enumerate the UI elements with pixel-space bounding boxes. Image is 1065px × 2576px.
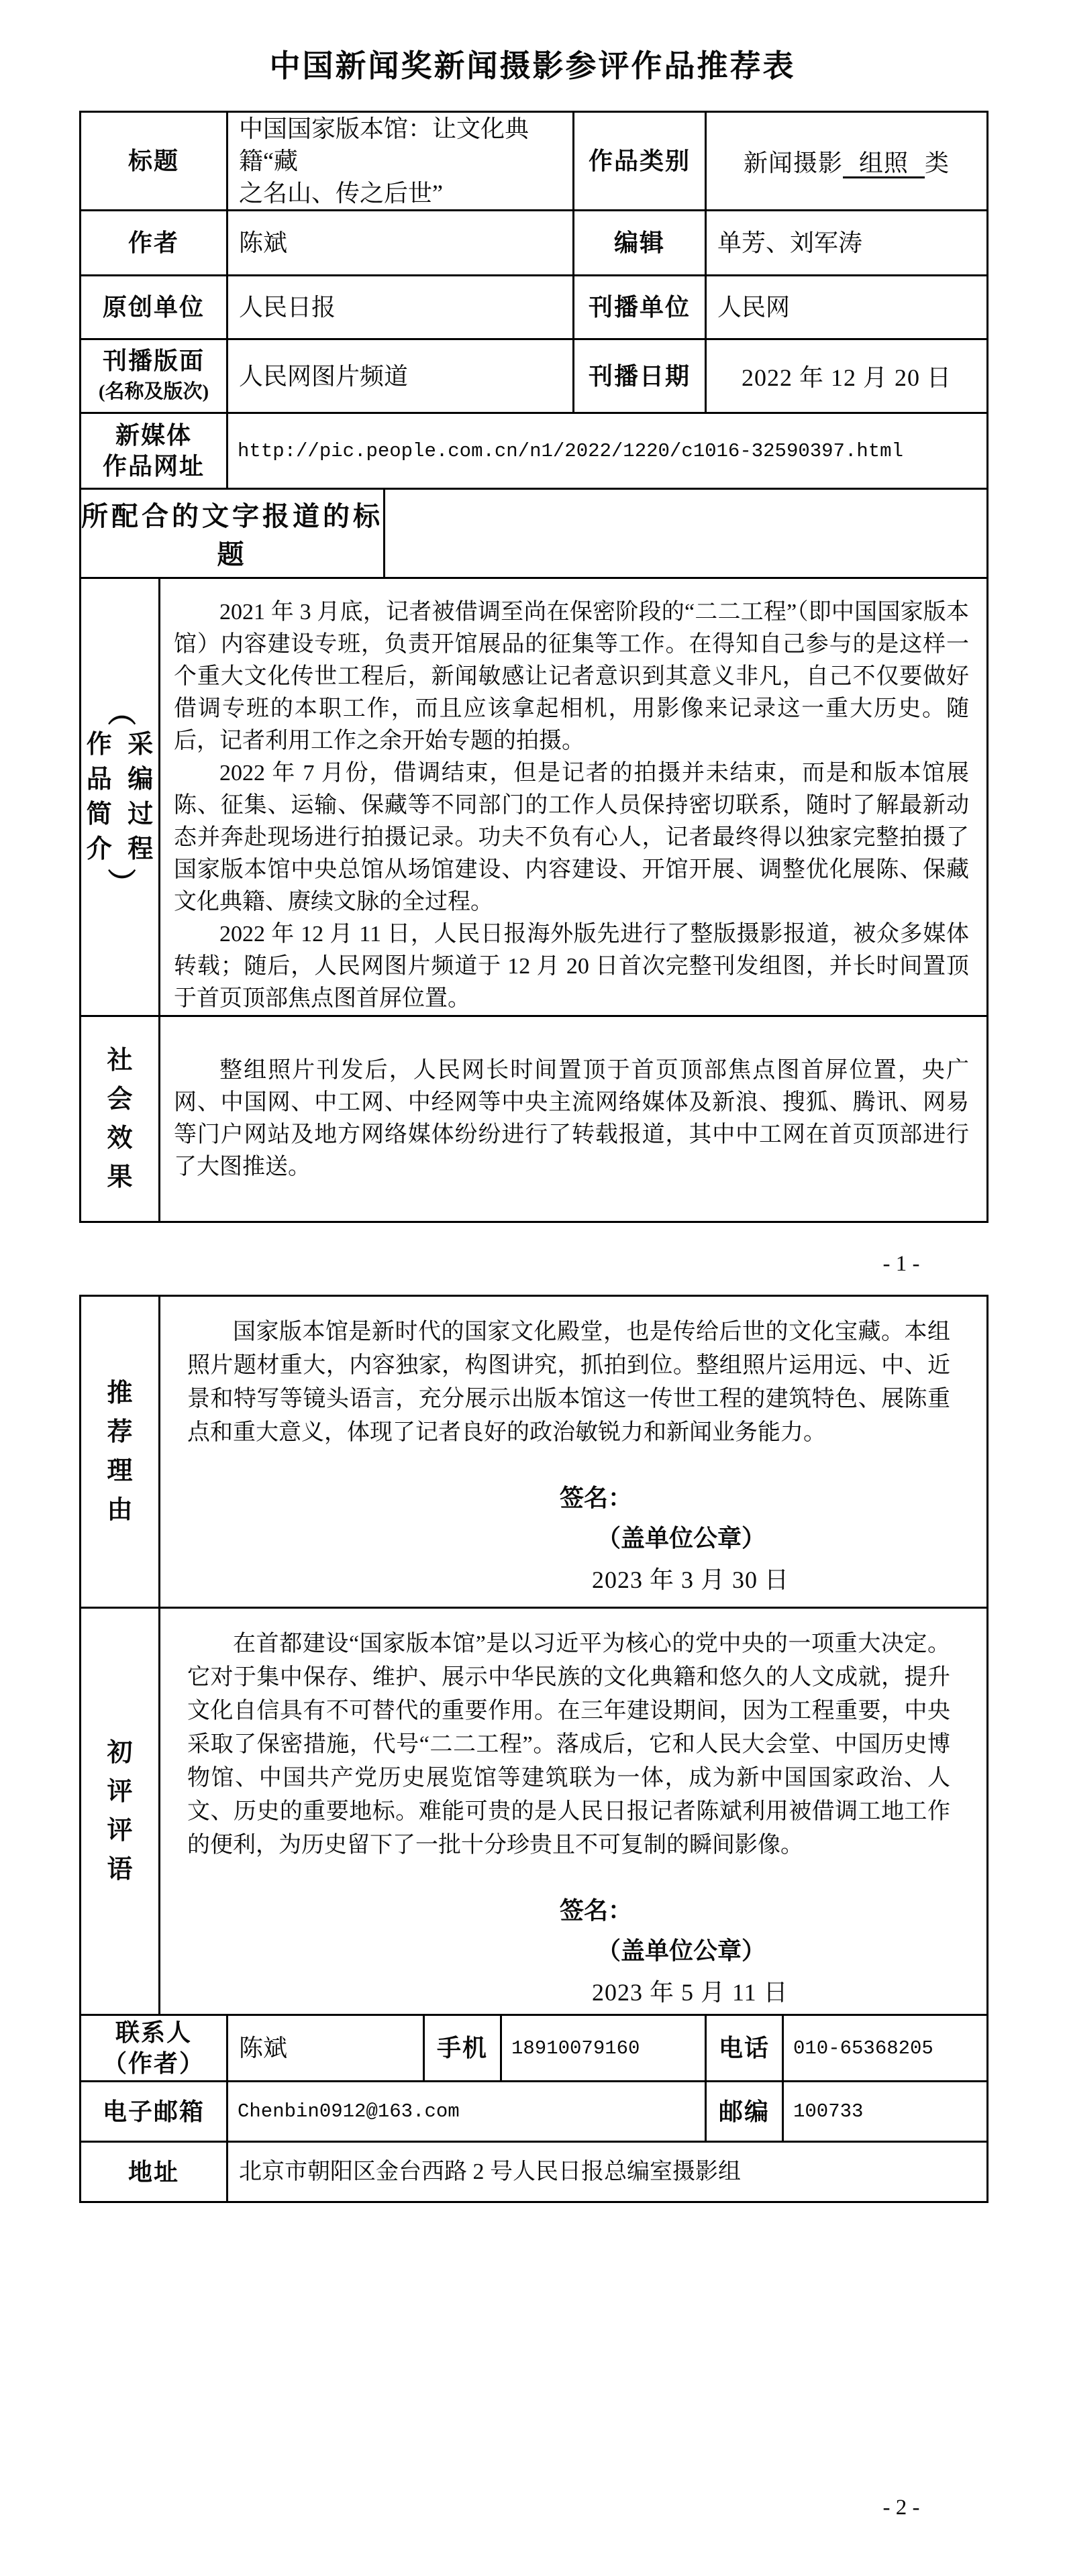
work-intro-label: （ 作品简介 采编过程 ） [81,578,160,1016]
new-media-url-value: http://pic.people.com.cn/n1/2022/1220/c1… [227,413,988,489]
publish-page-value: 人民网图片频道 [227,339,574,413]
entry-info-table: 标题 中国国家版本馆：让文化典籍“藏 之名山、传之后世” 作品类别 新闻摄影组照… [79,111,988,1223]
social-effect-paragraph: 整组照片刊发后，人民网长时间置顶于首页顶部焦点图首屏位置，央广网、中国网、中工网… [160,1055,986,1183]
author-label: 作者 [81,211,227,276]
mobile-value: 18910079160 [501,2015,706,2082]
postcode-value: 100733 [783,2082,988,2142]
work-intro-paragraph: 2022 年 12 月 11 日，人民日报海外版先进行了整版摄影报道，被众多媒体… [160,918,986,1015]
contact-name-value: 陈斌 [227,2015,424,2082]
editor-value: 单芳、刘军涛 [706,211,988,276]
related-report-title-value [385,489,988,578]
table-row: 电子邮箱 Chenbin0912@163.com 邮编 100733 [81,2082,988,2142]
telephone-value: 010-65368205 [783,2015,988,2082]
initial-review-label-text: 初评评语 [106,1733,134,1889]
recommend-reason-text: 国家版本馆是新时代的国家文化殿堂，也是传给后世的文化宝藏。本组照片题材重大，内容… [160,1296,988,1608]
address-value: 北京市朝阳区金台西路 2 号人民日报总编室摄影组 [227,2142,988,2202]
category-prefix: 新闻摄影 [744,150,843,176]
work-intro-text: 2021 年 3 月底，记者被借调至尚在保密阶段的“二二工程”（即中国国家版本馆… [160,578,988,1016]
category-suffix: 类 [925,150,950,176]
publish-date-value: 2022 年 12 月 20 日 [706,339,988,413]
contact-label-line2: （作者） [81,2048,226,2079]
publish-page-label: 刊播版面 (名称及版次) [81,339,227,413]
table-row: 新媒体 作品网址 http://pic.people.com.cn/n1/202… [81,413,988,489]
recommend-reason-label-text: 推荐理由 [106,1374,134,1529]
author-value: 陈斌 [227,211,574,276]
telephone-label: 电话 [706,2015,783,2082]
original-unit-label: 原创单位 [81,276,227,339]
new-media-url-label: 新媒体 作品网址 [81,413,227,489]
related-report-title-label: 所配合的文字报道的标题 [81,489,385,578]
contact-label: 联系人 （作者） [81,2015,227,2082]
initial-review-paragraph: 在首都建设“国家版本馆”是以习近平为核心的党中央的一项重大决定。它对于集中保存、… [174,1627,968,1862]
table-row: 初评评语 在首都建设“国家版本馆”是以习近平为核心的党中央的一项重大决定。它对于… [81,1608,988,2015]
table-row: 作者 陈斌 编辑 单芳、刘军涛 [81,211,988,276]
page-number-2: - 2 - [851,2495,952,2520]
social-effect-label: 社会效果 [81,1016,160,1222]
page-number-1: - 1 - [851,1252,952,1277]
work-intro-paragraph: 2022 年 7 月份，借调结束，但是记者的拍摄并未结束，而是和版本馆展陈、征集… [160,757,986,918]
sign-label: 签名： [560,1890,986,1931]
initial-review-label: 初评评语 [81,1608,160,2015]
publish-page-label-line1: 刊播版面 [81,345,226,376]
seal-note: （盖单位公章） [597,1518,986,1558]
title-label: 标题 [81,112,227,211]
mobile-label: 手机 [424,2015,501,2082]
table-row: 原创单位 人民日报 刊播单位 人民网 [81,276,988,339]
email-value: Chenbin0912@163.com [227,2082,706,2142]
category-underlined: 组照 [843,150,925,178]
email-label: 电子邮箱 [81,2082,227,2142]
table-row: 联系人 （作者） 陈斌 手机 18910079160 电话 010-653682… [81,2015,988,2082]
table-row: 地址 北京市朝阳区金台西路 2 号人民日报总编室摄影组 [81,2142,988,2202]
sign-label: 签名： [560,1478,986,1518]
publish-unit-label: 刊播单位 [574,276,706,339]
seal-note: （盖单位公章） [597,1931,986,1971]
social-effect-text: 整组照片刊发后，人民网长时间置顶于首页顶部焦点图首屏位置，央广网、中国网、中工网… [160,1016,988,1222]
table-row: 推荐理由 国家版本馆是新时代的国家文化殿堂，也是传给后世的文化宝藏。本组照片题材… [81,1296,988,1608]
publish-unit-value: 人民网 [706,276,988,339]
table-row: 刊播版面 (名称及版次) 人民网图片频道 刊播日期 2022 年 12 月 20… [81,339,988,413]
contact-label-line1: 联系人 [81,2017,226,2048]
sign-date: 2023 年 5 月 11 日 [592,1971,986,2014]
title-value-line2: 之名山、传之后世” [239,177,572,209]
publish-date-label: 刊播日期 [574,339,706,413]
social-effect-label-text: 社会效果 [106,1041,134,1197]
original-unit-value: 人民日报 [227,276,574,339]
recommend-reason-label: 推荐理由 [81,1296,160,1608]
new-media-url-label-line1: 新媒体 [81,420,226,451]
recommend-sign-block: 签名： （盖单位公章） 2023 年 3 月 30 日 [560,1478,986,1601]
postcode-label: 邮编 [706,2082,783,2142]
table-row: 标题 中国国家版本馆：让文化典籍“藏 之名山、传之后世” 作品类别 新闻摄影组照… [81,112,988,211]
form-title: 中国新闻奖新闻摄影参评作品推荐表 [0,42,1065,86]
address-label: 地址 [81,2142,227,2202]
publish-page-label-line2: (名称及版次) [81,376,226,407]
title-value: 中国国家版本馆：让文化典籍“藏 之名山、传之后世” [227,112,574,211]
title-value-line1: 中国国家版本馆：让文化典籍“藏 [239,113,572,177]
sign-date: 2023 年 3 月 30 日 [592,1558,986,1601]
category-value: 新闻摄影组照类 [706,112,988,211]
vertical-bracket-close: ） [105,844,136,921]
vertical-bracket-open: （ [105,674,136,751]
table-row: （ 作品简介 采编过程 ） 2021 年 3 月底，记者被借调至尚在保密阶段的“… [81,578,988,1016]
new-media-url-label-line2: 作品网址 [81,451,226,482]
editor-label: 编辑 [574,211,706,276]
work-intro-paragraph: 2021 年 3 月底，记者被借调至尚在保密阶段的“二二工程”（即中国国家版本馆… [160,596,986,757]
initial-review-text: 在首都建设“国家版本馆”是以习近平为核心的党中央的一项重大决定。它对于集中保存、… [160,1608,988,2015]
table-row: 社会效果 整组照片刊发后，人民网长时间置顶于首页顶部焦点图首屏位置，央广网、中国… [81,1016,988,1222]
review-contact-table: 推荐理由 国家版本馆是新时代的国家文化殿堂，也是传给后世的文化宝藏。本组照片题材… [79,1295,988,2203]
category-label: 作品类别 [574,112,706,211]
table-row: 所配合的文字报道的标题 [81,489,988,578]
recommend-reason-paragraph: 国家版本馆是新时代的国家文化殿堂，也是传给后世的文化宝藏。本组照片题材重大，内容… [174,1316,968,1450]
initial-review-sign-block: 签名： （盖单位公章） 2023 年 5 月 11 日 [560,1890,986,2014]
